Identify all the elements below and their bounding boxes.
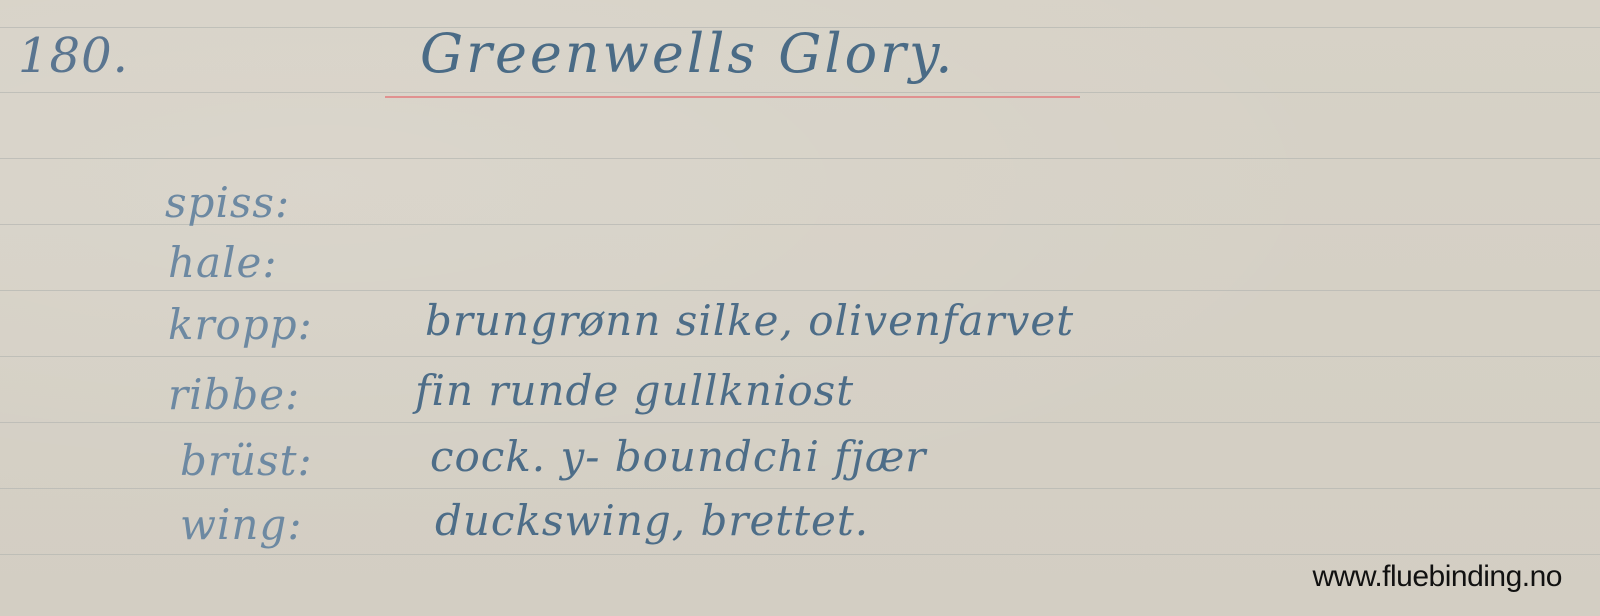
- field-label-kropp: kropp:: [168, 300, 313, 349]
- ruled-line: [0, 290, 1600, 291]
- ruled-line: [0, 422, 1600, 423]
- field-label-spiss: spiss:: [165, 178, 290, 227]
- ruled-line: [0, 554, 1600, 555]
- field-value-wing: duckswing, brettet.: [435, 496, 869, 545]
- field-value-bryst: cock. y- boundchi fjær: [430, 432, 926, 481]
- field-label-ribbe: ribbe:: [168, 370, 300, 419]
- field-label-wing: wing:: [180, 500, 302, 549]
- ruled-line: [0, 158, 1600, 159]
- entry-number: 180.: [18, 28, 129, 84]
- field-value-ribbe: fin runde gullkniost: [415, 366, 854, 415]
- ruled-line: [0, 356, 1600, 357]
- ruled-line: [0, 488, 1600, 489]
- field-value-kropp: brungrønn silke, olivenfarvet: [425, 296, 1074, 345]
- field-label-bryst: brüst:: [180, 436, 313, 485]
- fly-pattern-title: Greenwells Glory.: [420, 22, 955, 85]
- title-underline: [385, 96, 1080, 98]
- notebook-page: 180. Greenwells Glory. spiss: hale: krop…: [0, 0, 1600, 616]
- ruled-line: [0, 92, 1600, 93]
- field-label-hale: hale:: [168, 238, 278, 287]
- website-watermark: www.fluebinding.no: [1312, 560, 1562, 594]
